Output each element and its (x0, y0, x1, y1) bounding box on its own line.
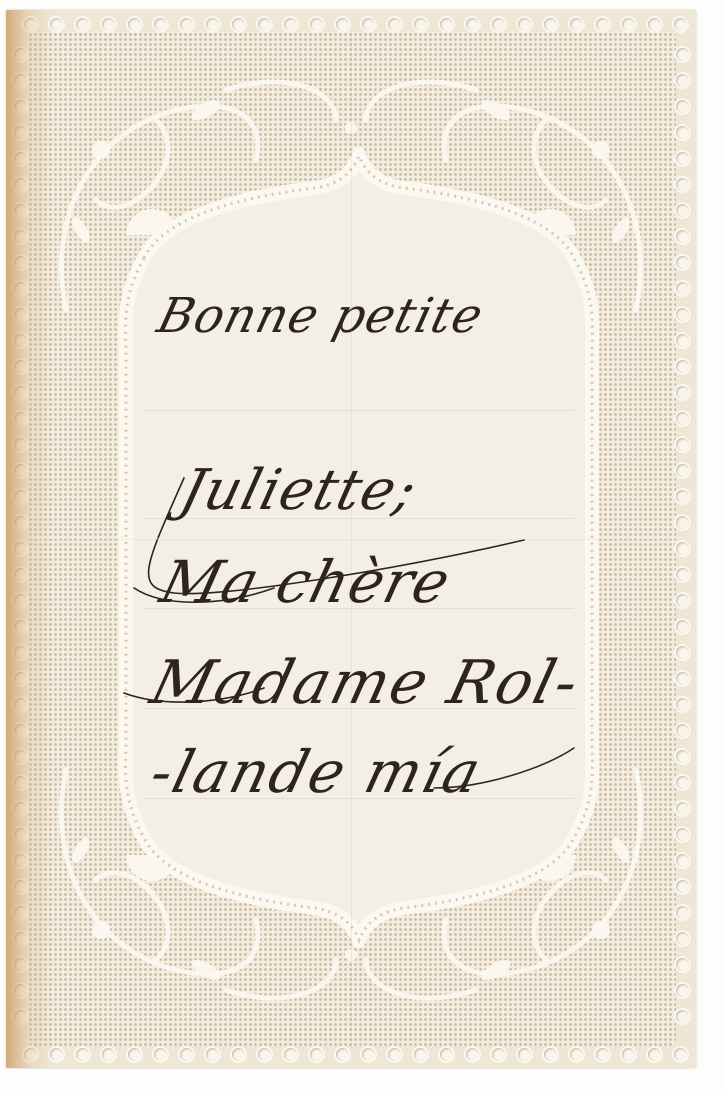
eyelet-hole (518, 1048, 531, 1061)
eyelet-hole (676, 204, 689, 217)
eyelet-hole (14, 74, 27, 87)
eyelet-hole (676, 568, 689, 581)
eyelet-hole (14, 386, 27, 399)
eyelet-hole (154, 1048, 167, 1061)
eyelet-hole (676, 516, 689, 529)
eyelet-hole (14, 724, 27, 737)
paper-fold-horizontal (26, 538, 676, 540)
eyelet-hole (362, 1048, 375, 1061)
eyelet-hole (14, 308, 27, 321)
eyelet-hole (676, 256, 689, 269)
eyelet-hole (14, 880, 27, 893)
eyelet-hole (676, 542, 689, 555)
eyelet-hole (676, 594, 689, 607)
eyelet-hole (676, 100, 689, 113)
eyelet-hole (310, 1048, 323, 1061)
handwritten-line: Ma chère (154, 548, 458, 616)
eyelet-hole (466, 18, 479, 31)
eyelet-hole (14, 854, 27, 867)
eyelet-hole (676, 984, 689, 997)
eyelet-hole (50, 1048, 63, 1061)
scan-background: Bonne petite Juliette; Ma chère Madame R… (0, 0, 724, 1095)
eyelet-hole (14, 828, 27, 841)
eyelet-hole (676, 1010, 689, 1023)
eyelet-hole (14, 932, 27, 945)
eyelet-hole (14, 568, 27, 581)
eyelet-hole (206, 1048, 219, 1061)
eyelet-hole (14, 1010, 27, 1023)
eyelet-hole (14, 412, 27, 425)
eyelet-hole (14, 334, 27, 347)
eyelet-hole (14, 204, 27, 217)
lace-paper-card: Bonne petite Juliette; Ma chère Madame R… (6, 10, 696, 1068)
eyelet-hole (492, 18, 505, 31)
eyelet-hole (336, 1048, 349, 1061)
eyelet-hole (518, 18, 531, 31)
eyelet-hole (284, 18, 297, 31)
eyelet-hole (14, 100, 27, 113)
eyelet-hole (14, 490, 27, 503)
eyelet-hole (180, 1048, 193, 1061)
eyelet-hole (676, 386, 689, 399)
eyelet-hole (232, 18, 245, 31)
eyelet-hole (570, 1048, 583, 1061)
eyelet-hole (76, 1048, 89, 1061)
eyelet-hole (14, 698, 27, 711)
eyelet-hole (14, 672, 27, 685)
eyelet-hole (102, 1048, 115, 1061)
eyelet-hole (128, 18, 141, 31)
eyelet-hole (14, 282, 27, 295)
eyelet-hole (336, 18, 349, 31)
eyelet-hole (284, 1048, 297, 1061)
eyelet-hole (676, 620, 689, 633)
eyelet-hole (544, 18, 557, 31)
eyelet-hole (676, 126, 689, 139)
eyelet-hole (676, 906, 689, 919)
eyelet-hole (258, 1048, 271, 1061)
eyelet-hole (676, 828, 689, 841)
eyelet-hole (676, 178, 689, 191)
eyelet-hole (154, 18, 167, 31)
eyelet-hole (128, 1048, 141, 1061)
eyelet-hole (14, 360, 27, 373)
eyelet-hole (676, 152, 689, 165)
eyelet-hole (676, 854, 689, 867)
eyelet-hole (232, 1048, 245, 1061)
eyelet-hole (676, 48, 689, 61)
eyelet-hole (676, 74, 689, 87)
eyelet-hole (14, 542, 27, 555)
eyelet-hole (14, 516, 27, 529)
eyelet-hole (676, 724, 689, 737)
eyelet-hole (676, 490, 689, 503)
eyelet-hole (14, 906, 27, 919)
eyelet-hole (414, 18, 427, 31)
eyelet-hole (14, 984, 27, 997)
writing-panel: Bonne petite Juliette; Ma chère Madame R… (104, 148, 614, 948)
eyelet-hole (676, 438, 689, 451)
eyelet-hole (14, 438, 27, 451)
eyelet-hole (14, 958, 27, 971)
eyelet-hole (674, 1048, 687, 1061)
eyelet-hole (676, 880, 689, 893)
handwritten-line: Bonne petite (152, 288, 489, 344)
eyelet-hole (14, 776, 27, 789)
eyelet-hole (676, 932, 689, 945)
eyelet-hole (24, 18, 37, 31)
eyelet-hole (676, 750, 689, 763)
eyelet-hole (676, 646, 689, 659)
eyelet-hole (14, 802, 27, 815)
eyelet-hole (674, 18, 687, 31)
eyelet-hole (648, 18, 661, 31)
eyelet-hole (310, 18, 323, 31)
eyelet-hole (180, 18, 193, 31)
eyelet-hole (596, 1048, 609, 1061)
eyelet-hole (466, 1048, 479, 1061)
eyelet-hole (676, 308, 689, 321)
eyelet-hole (14, 48, 27, 61)
eyelet-hole (596, 18, 609, 31)
eyelet-hole (648, 1048, 661, 1061)
handwritten-line: -lande mía (144, 738, 489, 806)
eyelet-hole (676, 334, 689, 347)
eyelet-hole (544, 1048, 557, 1061)
eyelet-hole (362, 18, 375, 31)
eyelet-hole (14, 750, 27, 763)
eyelet-hole (102, 18, 115, 31)
eyelet-hole (14, 620, 27, 633)
eyelet-hole (50, 18, 63, 31)
handwritten-text: Bonne petite Juliette; Ma chère Madame R… (104, 148, 614, 948)
eyelet-hole (676, 802, 689, 815)
eyelet-hole (14, 594, 27, 607)
eyelet-hole (676, 360, 689, 373)
handwritten-line: Juliette; (174, 458, 424, 523)
eyelet-hole (676, 672, 689, 685)
eyelet-hole (676, 464, 689, 477)
eyelet-hole (676, 230, 689, 243)
eyelet-hole (76, 18, 89, 31)
eyelet-hole (676, 282, 689, 295)
eyelet-hole (414, 1048, 427, 1061)
eyelet-hole (388, 1048, 401, 1061)
eyelet-hole (676, 698, 689, 711)
eyelet-hole (676, 776, 689, 789)
eyelet-hole (14, 464, 27, 477)
eyelet-hole (676, 412, 689, 425)
eyelet-hole (14, 126, 27, 139)
eyelet-hole (24, 1048, 37, 1061)
eyelet-hole (14, 230, 27, 243)
handwritten-line: Madame Rol- (144, 648, 587, 718)
eyelet-hole (570, 18, 583, 31)
eyelet-hole (388, 18, 401, 31)
eyelet-hole (622, 18, 635, 31)
eyelet-hole (622, 1048, 635, 1061)
eyelet-hole (14, 152, 27, 165)
eyelet-hole (258, 18, 271, 31)
eyelet-hole (206, 18, 219, 31)
eyelet-hole (14, 646, 27, 659)
eyelet-hole (440, 1048, 453, 1061)
eyelet-hole (440, 18, 453, 31)
eyelet-hole (676, 958, 689, 971)
eyelet-hole (492, 1048, 505, 1061)
eyelet-hole (14, 178, 27, 191)
eyelet-hole (14, 256, 27, 269)
